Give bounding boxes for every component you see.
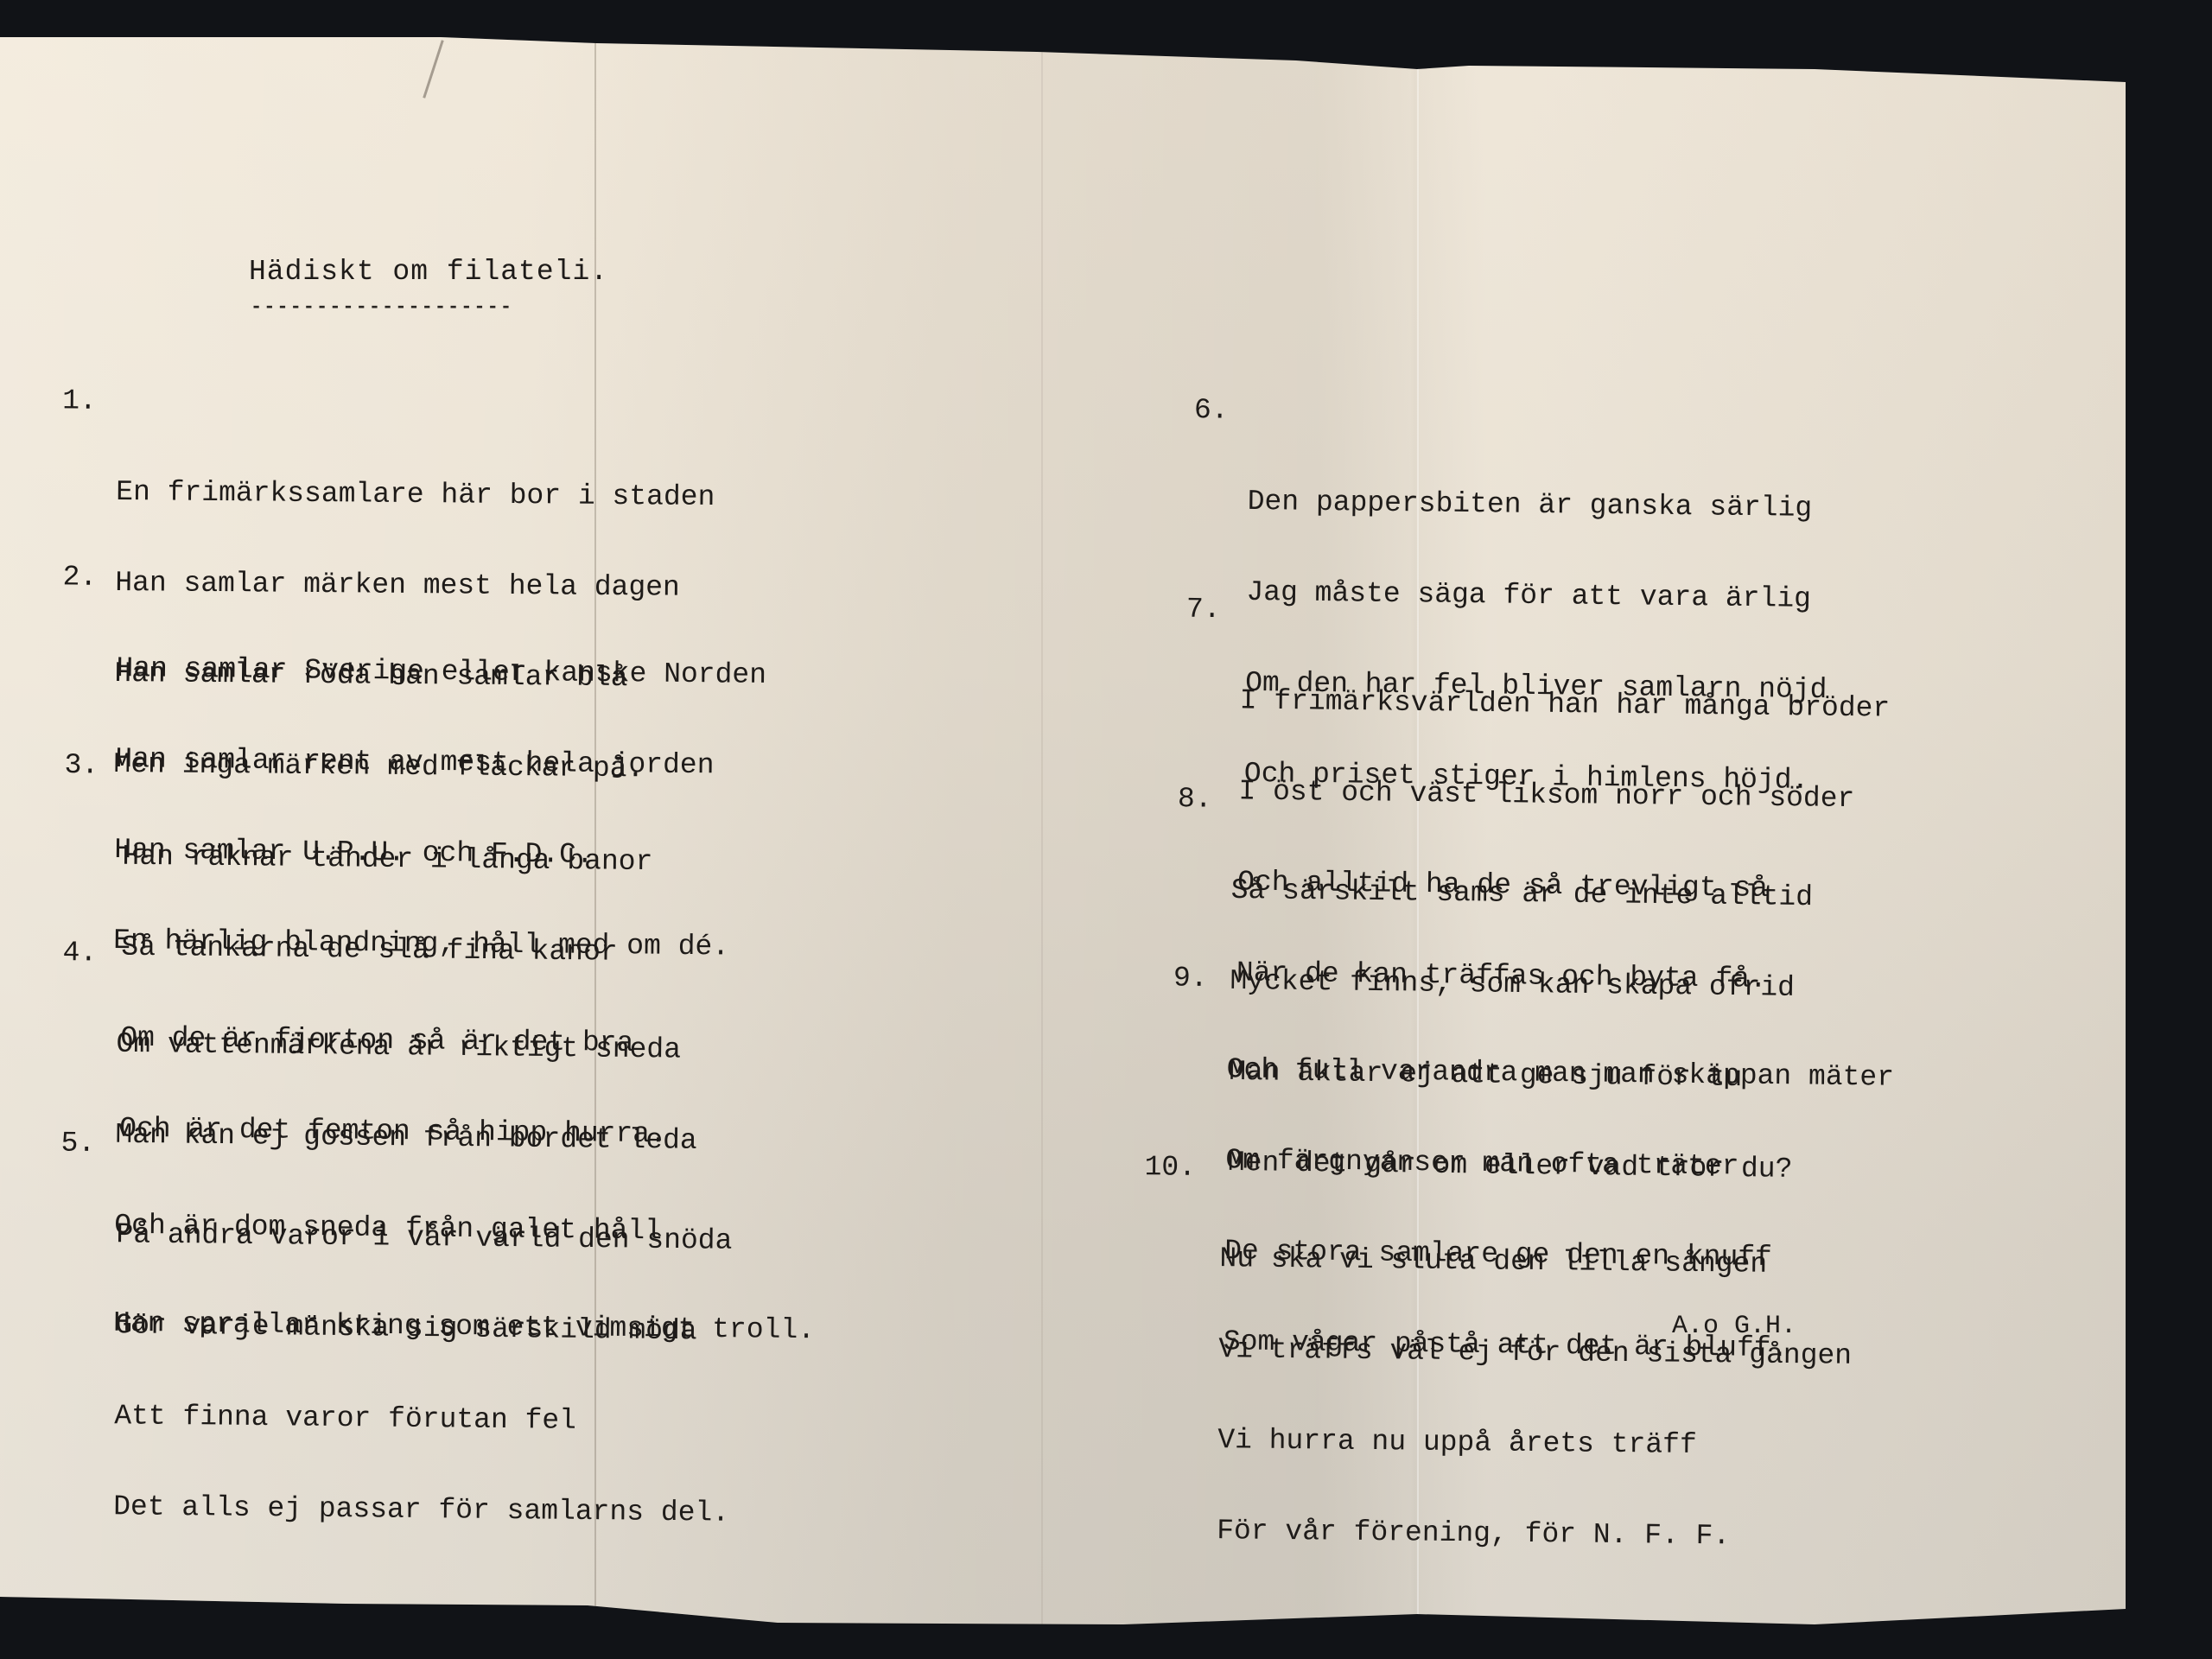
verse-line: Om vattenmärkena är riktigt sneda <box>116 1029 817 1067</box>
paper-tear <box>423 40 443 99</box>
verse-number: 4. <box>62 938 97 968</box>
verse-line: En frimärkssamlare här bor i staden <box>116 477 715 512</box>
verse-10: 10. Nu ska vi sluta den lilla sången Vi … <box>1216 1153 1853 1613</box>
verse-line: Så särskilt sams är de inte alltid <box>1231 875 1814 912</box>
verse-line: Den pappersbiten är ganska särlig <box>1248 486 1830 524</box>
verse-line: Han räknar tänder i långa banor <box>122 842 670 878</box>
verse-number: 8. <box>1178 784 1212 814</box>
verse-line: Nu ska vi sluta den lilla sången <box>1219 1243 1853 1281</box>
verse-line: I frimärksvärlden han har många bröder <box>1240 685 1891 723</box>
verse-number: 1. <box>62 385 97 416</box>
verse-number: 2. <box>62 562 97 592</box>
verse-5: 5. På andra varor i vår värld den snöda … <box>112 1128 733 1588</box>
verse-number: 9. <box>1173 963 1208 994</box>
verse-number: 7. <box>1186 594 1221 625</box>
verse-line: För vår förening, för N. F. F. <box>1217 1516 1850 1553</box>
signature: A.o G.H. <box>1672 1312 1796 1341</box>
paper-fold-faint <box>1041 0 1043 1659</box>
document-title: Hädiskt om filateli. <box>249 256 608 288</box>
verse-line: Och full varandra man man skäppan mäter <box>1227 1054 1895 1092</box>
verse-line: Han samlar Sverige eller kanske Norden <box>116 653 766 690</box>
typed-sheet: Hädiskt om filateli. -------------------… <box>0 0 2126 1659</box>
verse-number: 6. <box>1194 395 1229 425</box>
verse-line: Att finna varor förutan fel <box>114 1401 730 1437</box>
title-underline: -------------------- <box>251 296 513 318</box>
verse-line: Gör varje mänska sig särskild möda <box>115 1310 731 1346</box>
verse-number: 5. <box>60 1128 95 1159</box>
verse-line: Vi hurra nu uppå årets träff <box>1217 1425 1851 1462</box>
verse-number: 3. <box>64 750 99 780</box>
verse-number: 10. <box>1144 1152 1196 1183</box>
verse-line: På andra varor i vår värld den snöda <box>116 1219 732 1255</box>
verse-line: Det alls ej passar för samlarns del. <box>113 1491 729 1528</box>
